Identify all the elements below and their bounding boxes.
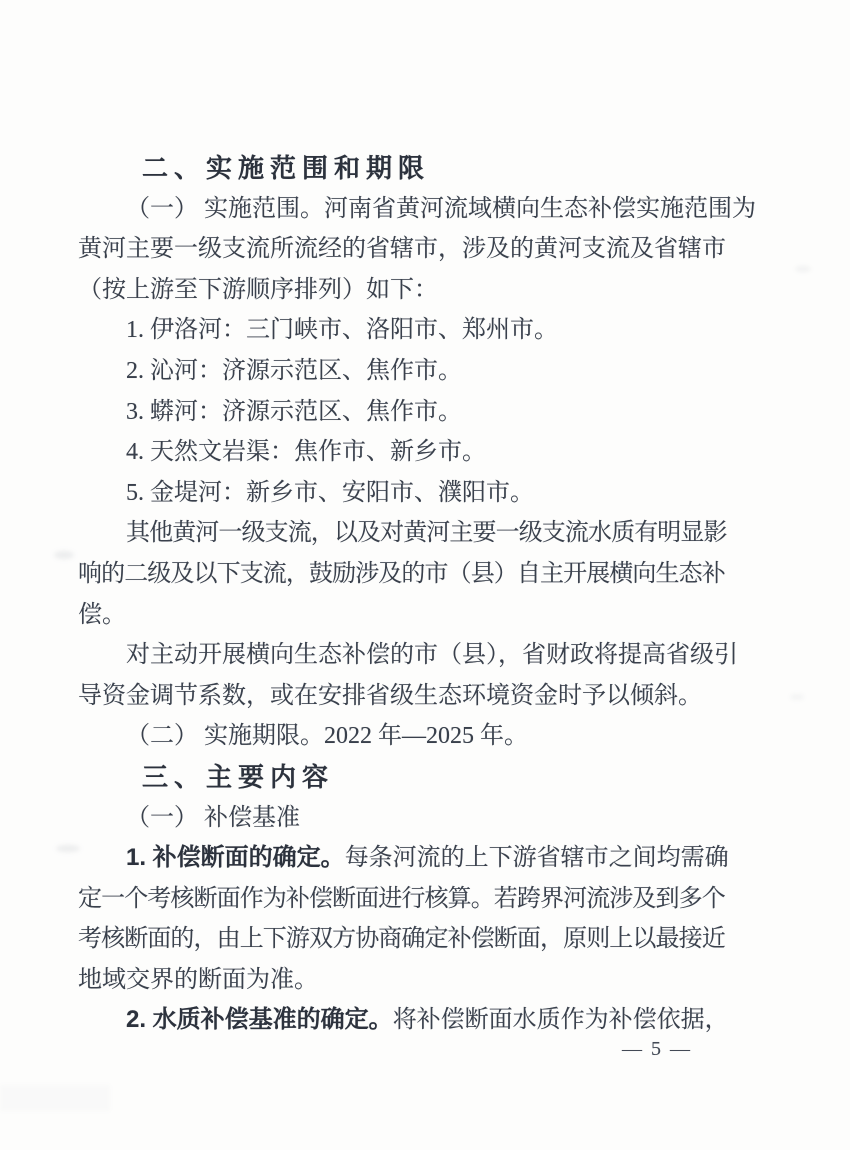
incentive-paragraph-line-1: 对主动开展横向生态补偿的市（县），省财政将提高省级引 <box>78 635 778 676</box>
period-text: 2022 年—2025 年。 <box>324 723 528 749</box>
other-tributaries-line-1: 其他黄河一级支流，以及对黄河主要一级支流水质有明显影 <box>78 513 778 554</box>
river-list-item-3: 3. 蟒河：济源示范区、焦作市。 <box>78 392 778 433</box>
incentive-paragraph-line-2: 导资金调节系数，或在安排省级生态环境资金时予以倾斜。 <box>78 676 778 717</box>
period-paragraph-line: （二） 实施期限。2022 年—2025 年。 <box>78 716 778 757</box>
other-tributaries-line-3: 偿。 <box>78 595 778 636</box>
section-determination-line-1: 1. 补偿断面的确定。每条河流的上下游省辖市之间均需确 <box>78 838 778 879</box>
scope-paragraph-line-2: 黄河主要一级支流所流经的省辖市，涉及的黄河支流及省辖市 <box>78 229 778 270</box>
scope-paragraph-line-3: （按上游至下游顺序排列）如下： <box>78 270 778 311</box>
page-number: — 5 — <box>622 1038 692 1061</box>
document-body: 二、实施范围和期限 （一） 实施范围。河南省黄河流域横向生态补偿实施范围为 黄河… <box>78 148 778 1041</box>
river-list-item-2: 2. 沁河：济源示范区、焦作市。 <box>78 351 778 392</box>
scan-smudge <box>56 845 80 852</box>
section-determination-line-2: 定一个考核断面作为补偿断面进行核算。若跨界河流涉及到多个 <box>78 879 778 920</box>
scan-smudge <box>790 694 804 700</box>
scope-subheading: （一） 实施范围。 <box>126 196 324 222</box>
section-determination-lead: 1. 补偿断面的确定。 <box>126 844 345 871</box>
section-determination-text-1: 每条河流的上下游省辖市之间均需确 <box>345 845 729 871</box>
water-quality-basis-line: 2. 水质补偿基准的确定。将补偿断面水质作为补偿依据， <box>78 1000 778 1041</box>
water-quality-basis-text: 将补偿断面水质作为补偿依据， <box>393 1007 729 1033</box>
river-list-item-5: 5. 金堤河：新乡市、安阳市、濮阳市。 <box>78 473 778 514</box>
scope-text-1: 河南省黄河流域横向生态补偿实施范围为 <box>324 196 756 222</box>
other-tributaries-line-2: 响的二级及以下支流，鼓励涉及的市（县）自主开展横向生态补 <box>78 554 778 595</box>
scan-smudge <box>54 551 74 559</box>
section-2-heading: 二、实施范围和期限 <box>78 148 778 189</box>
river-list-item-1: 1. 伊洛河：三门峡市、洛阳市、郑州市。 <box>78 310 778 351</box>
river-list-item-4: 4. 天然文岩渠：焦作市、新乡市。 <box>78 432 778 473</box>
section-determination-line-3: 考核断面的，由上下游双方协商确定补偿断面，原则上以最接近 <box>78 919 778 960</box>
compensation-basis-subheading: （一） 补偿基准 <box>78 798 778 839</box>
section-3-heading: 三、主要内容 <box>78 757 778 798</box>
period-subheading: （二） 实施期限。 <box>126 723 324 749</box>
scan-smudge <box>795 266 811 272</box>
scope-paragraph-line-1: （一） 实施范围。河南省黄河流域横向生态补偿实施范围为 <box>78 189 778 230</box>
section-determination-line-4: 地域交界的断面为准。 <box>78 960 778 1001</box>
water-quality-basis-lead: 2. 水质补偿基准的确定。 <box>126 1006 393 1033</box>
scan-smudge <box>0 1085 110 1111</box>
document-page: 二、实施范围和期限 （一） 实施范围。河南省黄河流域横向生态补偿实施范围为 黄河… <box>0 0 850 1150</box>
